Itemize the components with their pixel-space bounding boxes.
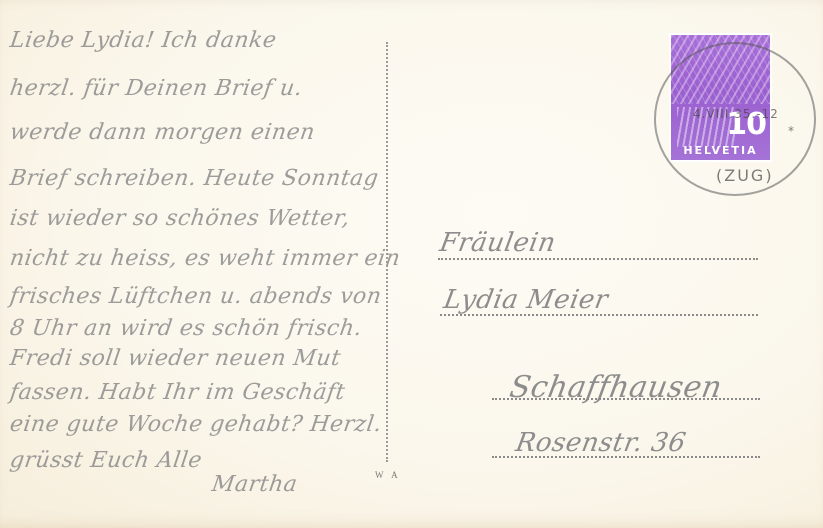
message-line: grüsst Euch Alle bbox=[8, 448, 203, 473]
postmark-date: 4.VIII.35.-12 bbox=[693, 107, 779, 121]
message-line: Brief schreiben. Heute Sonntag bbox=[8, 166, 380, 191]
message-line: herzl. für Deinen Brief u. bbox=[8, 76, 304, 101]
message-line: frisches Lüftchen u. abends von bbox=[8, 284, 383, 309]
postmark-star-icon: * bbox=[788, 124, 794, 138]
message-line: nicht zu heiss, es weht immer ein bbox=[8, 246, 402, 271]
message-line: eine gute Woche gehabt? Herzl. bbox=[8, 412, 383, 437]
postcard-back: Liebe Lydia! Ich danke herzl. für Deinen… bbox=[0, 0, 823, 528]
message-line: fassen. Habt Ihr im Geschäft bbox=[8, 380, 346, 405]
signature: Martha bbox=[210, 472, 299, 497]
address-line-rule bbox=[438, 258, 758, 260]
printer-mark: W A bbox=[375, 470, 401, 480]
message-line: Fredi soll wieder neuen Mut bbox=[8, 346, 342, 371]
message-line: werde dann morgen einen bbox=[8, 120, 316, 145]
postmark-canton: (ZUG) bbox=[716, 166, 774, 185]
center-divider bbox=[386, 42, 388, 462]
message-line: 8 Uhr an wird es schön frisch. bbox=[8, 316, 363, 341]
address-line-rule bbox=[440, 314, 758, 316]
address-street: Rosenstr. 36 bbox=[513, 428, 688, 458]
address-name: Lydia Meier bbox=[441, 285, 610, 315]
address-salutation: Fräulein bbox=[437, 228, 558, 258]
address-line-rule bbox=[492, 456, 760, 458]
address-line-rule bbox=[492, 398, 760, 400]
message-line: ist wieder so schönes Wetter, bbox=[8, 206, 351, 231]
message-line: Liebe Lydia! Ich danke bbox=[8, 28, 278, 53]
